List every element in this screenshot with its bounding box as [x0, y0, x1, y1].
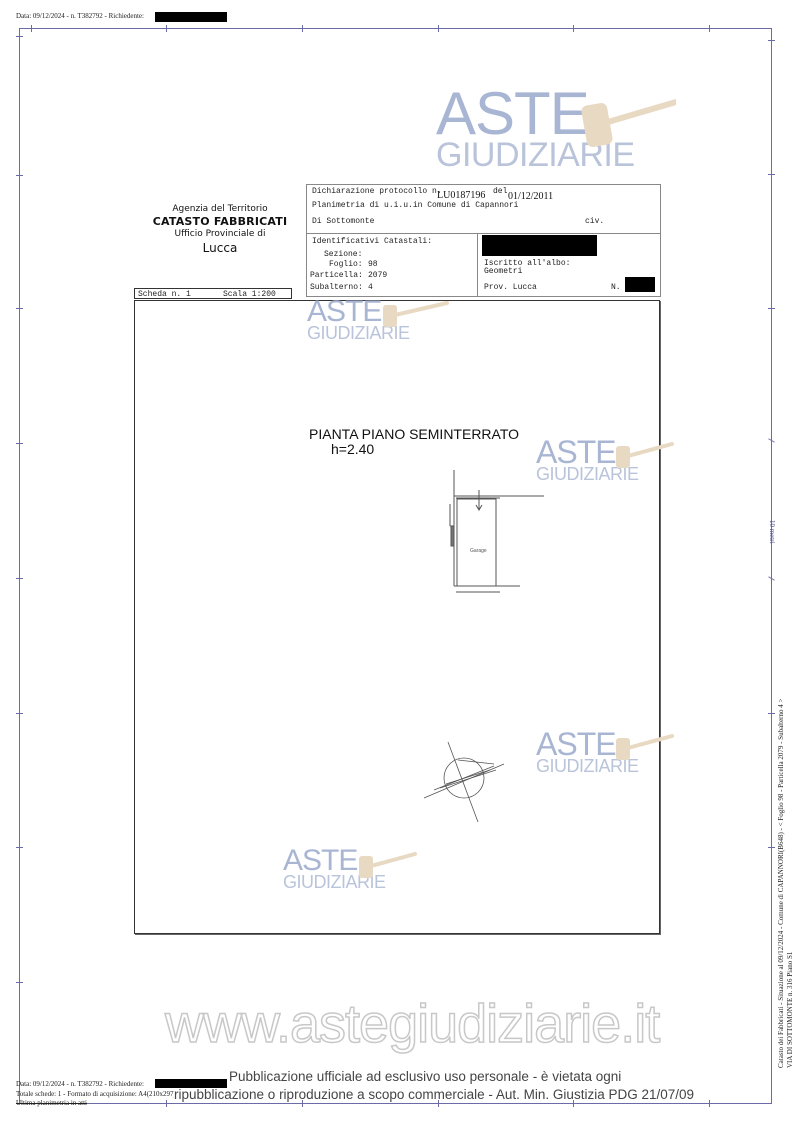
del-label: del	[493, 187, 507, 196]
protocol-label: Dichiarazione protocollo n.	[312, 187, 442, 196]
publication-notice-line1: Pubblicazione ufficiale ad esclusivo uso…	[229, 1069, 621, 1084]
redacted-requester	[155, 12, 227, 22]
plan-title: PIANTA PIANO SEMINTERRATO	[309, 426, 519, 442]
scale-bar-label: 10 metri	[768, 520, 776, 544]
sheet-info-bar: Scheda n. 1 Scala 1:200	[134, 288, 292, 299]
publication-notice-line2: ripubblicazione o riproduzione a scopo c…	[174, 1087, 694, 1102]
garage-floor-plan: Garage	[430, 470, 560, 595]
room-label-garage: Garage	[470, 548, 487, 554]
aste-giudiziarie-watermark: ASTE GIUDIZIARIE	[536, 728, 639, 775]
street-name: Di Sottomonte	[312, 217, 374, 226]
aste-giudiziarie-watermark: ASTE GIUDIZIARIE	[307, 297, 410, 342]
gavel-icon	[612, 730, 674, 765]
plan-height: h=2.40	[331, 441, 374, 457]
redacted-professional-name	[482, 235, 597, 256]
gavel-icon	[379, 299, 449, 334]
subalterno-value: 4	[368, 283, 373, 292]
civ-label: civ.	[585, 217, 604, 226]
foglio-value: 98	[368, 260, 378, 269]
particella-label: Particella:	[310, 271, 363, 280]
footer-request-info: Data: 09/12/2024 - n. T382792 - Richiede…	[16, 1080, 144, 1088]
identifiers-title: Identificativi Catastali:	[312, 237, 432, 246]
planimetry-line: Planimetria di u.i.u.in Comune di Capann…	[312, 201, 518, 210]
particella-value: 2079	[368, 271, 387, 280]
gavel-icon	[355, 848, 417, 883]
protocol-number: LU0187196	[437, 190, 485, 201]
aste-giudiziarie-watermark: ASTE GIUDIZIARIE	[283, 846, 386, 891]
footer-last-plan: Ultima planimetria in atti	[16, 1099, 87, 1107]
albo-value: Geometri	[484, 267, 522, 276]
number-label: N.	[611, 283, 621, 292]
redacted-requester-footer	[155, 1079, 227, 1088]
footer-sheet-info: Totale schede: 1 - Formato di acquisizio…	[16, 1090, 174, 1098]
side-note-line2: VIA DI SOTTOMONTE n. 316 Piano S1	[786, 952, 794, 1068]
subalterno-label: Subalterno:	[310, 283, 363, 292]
site-watermark: www.astegiudiziarie.it	[165, 993, 659, 1055]
header-request-info: Data: 09/12/2024 - n. T382792 - Richiede…	[16, 12, 144, 20]
scheda-label: Scheda n. 1	[138, 290, 191, 299]
foglio-label: Foglio:	[329, 260, 363, 269]
sezione-label: Sezione:	[324, 250, 362, 259]
scale-label: Scala 1:200	[223, 290, 276, 299]
aste-giudiziarie-watermark: ASTE GIUDIZIARIE	[436, 84, 635, 172]
agency-block: Agenzia del Territorio CATASTO FABBRICAT…	[150, 203, 290, 256]
side-note-line1: Catasto dei Fabbricati - Situazione al 0…	[777, 699, 785, 1068]
drawing-area	[134, 300, 660, 934]
province-label: Prov. Lucca	[484, 283, 537, 292]
gavel-icon	[612, 438, 674, 473]
redacted-registration-number	[625, 277, 655, 292]
north-arrow-icon	[420, 740, 510, 830]
gavel-icon	[576, 92, 676, 162]
